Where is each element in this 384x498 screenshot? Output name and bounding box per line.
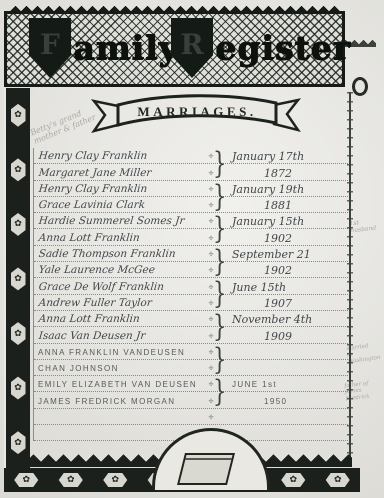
record-row: Isaac Van Deusen Jr✢1909	[34, 327, 350, 343]
record-row: Grace De Wolf Franklin✢June 15th	[34, 278, 350, 294]
floral-medallion-icon: ✿	[324, 473, 352, 487]
scanned-family-register-page: F amily R egister MARRIAGES. Betty's gra…	[0, 0, 384, 498]
records-rows: Henry Clay Franklin✢January 17thMargaret…	[33, 148, 350, 441]
marriage-date: January 17th	[218, 150, 350, 163]
spouse-name: Grace De Wolf Franklin	[34, 281, 205, 294]
couple-brace: }	[213, 344, 227, 377]
marriages-label: MARRIAGES.	[137, 104, 256, 119]
marriage-date: June 15th	[218, 281, 350, 294]
title-initial-r: R	[180, 28, 203, 61]
spouse-name: Yale Laurence McGee	[34, 264, 205, 277]
marriage-date: 1881	[218, 199, 350, 212]
marriage-date: September 21	[218, 248, 350, 261]
heraldic-shield-icon: F	[29, 18, 71, 78]
spouse-name: Henry Clay Franklin	[34, 183, 205, 196]
marriages-ribbon: MARRIAGES.	[84, 90, 308, 142]
spouse-name: Henry Clay Franklin	[34, 150, 205, 163]
record-row: ✢	[34, 409, 350, 425]
marriage-date: JUNE 1st	[218, 378, 350, 391]
marriage-date: November 4th	[218, 313, 350, 326]
spouse-name: Anna Lott Franklin	[34, 232, 205, 245]
couple-brace: }	[213, 376, 227, 409]
spouse-name: Isaac Van Deusen Jr	[34, 330, 205, 343]
record-row: Sadie Thompson Franklin✢September 21	[34, 246, 350, 262]
floral-medallion-icon: ✿	[11, 157, 26, 183]
record-row: ANNA FRANKLIN VANDEUSEN✢	[34, 344, 350, 360]
spouse-name: ANNA FRANKLIN VANDEUSEN	[34, 346, 204, 359]
spouse-name: Anna Lott Franklin	[34, 313, 205, 326]
title-word-register: egister	[215, 28, 351, 67]
open-book-icon	[177, 453, 235, 485]
floral-medallion-icon: ✿	[101, 473, 129, 487]
marriage-date: 1902	[218, 232, 350, 245]
floral-medallion-icon: ✿	[11, 266, 26, 292]
spouse-name: Sadie Thompson Franklin	[34, 248, 205, 261]
heraldic-shield-icon: R	[171, 18, 213, 78]
title-word-family: amily	[73, 28, 179, 67]
record-row: Anna Lott Franklin✢November 4th	[34, 311, 350, 327]
floral-medallion-icon: ✿	[11, 375, 26, 401]
record-row: EMILY ELIZABETH VAN DEUSEN✢JUNE 1st	[34, 376, 350, 392]
floral-medallion-icon: ✿	[279, 473, 307, 487]
marriage-date: January 15th	[218, 215, 350, 228]
couple-brace: }	[213, 311, 227, 344]
record-row: Margaret Jane Miller✢1872	[34, 164, 350, 180]
right-border-rule	[349, 92, 351, 458]
floral-medallion-icon: ✿	[11, 430, 26, 456]
line-center-marker-icon: ✢	[204, 412, 218, 424]
ribbon-left-tail	[94, 101, 118, 131]
record-row: Grace Lavinia Clark✢1881	[34, 197, 350, 213]
ribbon-right-tail	[274, 100, 298, 130]
record-row: Henry Clay Franklin✢January 19th	[34, 181, 350, 197]
spouse-name: EMILY ELIZABETH VAN DEUSEN	[34, 378, 204, 391]
couple-brace: }	[213, 246, 227, 279]
pencil-note-first-husband: 1st husband	[349, 219, 376, 235]
marriage-date: 1909	[218, 330, 350, 343]
left-ornamental-border: ✿ ✿ ✿ ✿ ✿ ✿ ✿	[4, 88, 30, 470]
couple-brace: }	[213, 181, 227, 214]
record-row: Yale Laurence McGee✢1902	[34, 262, 350, 278]
ring-ornament-icon	[352, 77, 368, 96]
marriage-date: 1872	[218, 167, 350, 180]
spouse-name: Hardie Summerel Somes Jr	[34, 215, 205, 228]
spouse-name: JAMES FREDRICK MORGAN	[34, 395, 204, 408]
marriage-date: 1907	[218, 297, 350, 310]
spouse-name: CHAN JOHNSON	[34, 362, 204, 375]
couple-brace: }	[213, 278, 227, 311]
record-row: Andrew Fuller Taylor✢1907	[34, 295, 350, 311]
couple-brace: }	[213, 148, 227, 181]
record-row: Henry Clay Franklin✢January 17th	[34, 148, 350, 164]
marriage-date: 1902	[218, 264, 350, 277]
floral-medallion-icon: ✿	[11, 102, 26, 128]
record-row: Anna Lott Franklin✢1902	[34, 229, 350, 245]
floral-medallion-icon: ✿	[12, 473, 40, 487]
spouse-name: Andrew Fuller Taylor	[34, 297, 205, 310]
marriage-date: January 19th	[218, 183, 350, 196]
spouse-name: Margaret Jane Miller	[34, 167, 205, 180]
marriage-date: 1950	[218, 395, 350, 408]
record-row: CHAN JOHNSON✢	[34, 360, 350, 376]
record-row: JAMES FREDRICK MORGAN✢1950	[34, 392, 350, 408]
floral-medallion-icon: ✿	[11, 211, 26, 237]
family-register-banner: F amily R egister	[4, 11, 345, 87]
record-row: Hardie Summerel Somes Jr✢January 15th	[34, 213, 350, 229]
floral-medallion-icon: ✿	[57, 473, 85, 487]
title-initial-f: F	[40, 28, 60, 61]
spouse-name: Grace Lavinia Clark	[34, 199, 205, 212]
floral-medallion-icon: ✿	[11, 321, 26, 347]
couple-brace: }	[213, 213, 227, 246]
